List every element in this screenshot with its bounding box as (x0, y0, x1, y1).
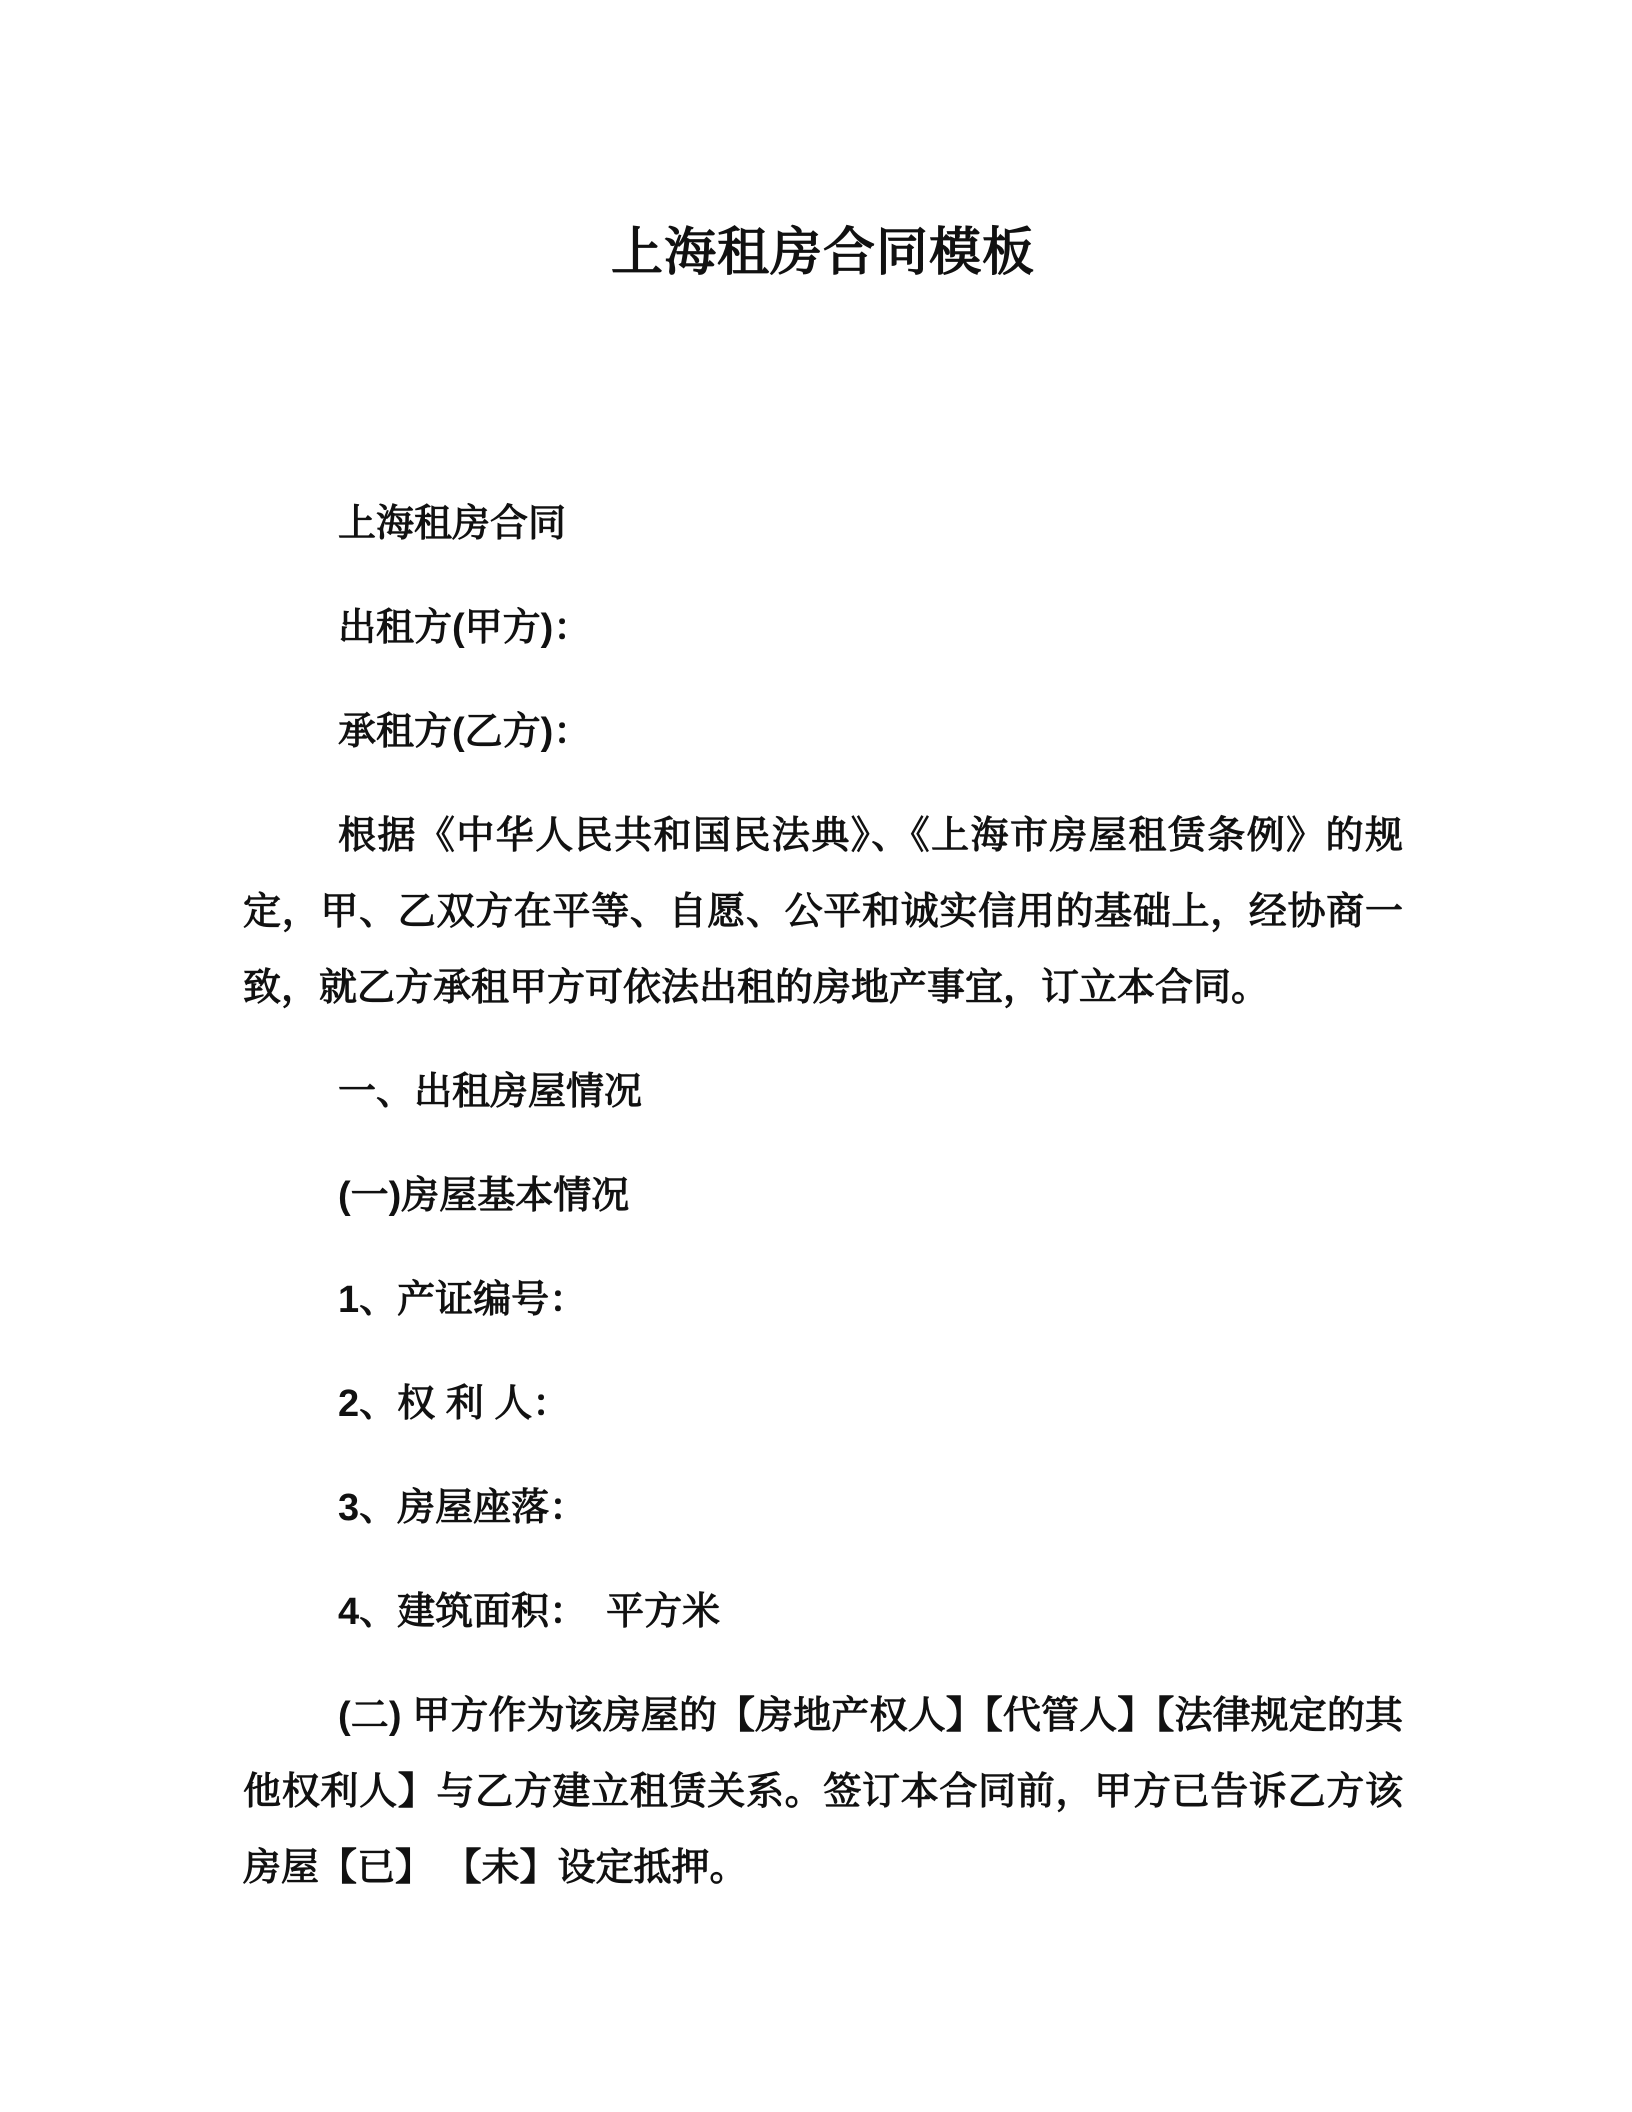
document-title: 上海租房合同模板 (243, 213, 1403, 293)
paragraph-lessor-party-a: 出租方(甲方)： (243, 590, 1403, 666)
paragraph-contract-title: 上海租房合同 (243, 486, 1403, 562)
paragraph-item-2-rights-holder: 2、权 利 人： (243, 1366, 1403, 1442)
paragraph-item-1-certificate-number: 1、产证编号： (243, 1262, 1403, 1338)
paragraph-section-1-heading: 一、出租房屋情况 (243, 1054, 1403, 1130)
paragraph-lessee-party-b: 承租方(乙方)： (243, 694, 1403, 770)
paragraph-item-3-house-location: 3、房屋座落： (243, 1470, 1403, 1546)
document-content: 上海租房合同模板 上海租房合同 出租方(甲方)： 承租方(乙方)： 根据《中华人… (0, 0, 1632, 2112)
paragraph-preamble: 根据《中华人民共和国民法典》、《上海市房屋租赁条例》的规定，甲、乙双方在平等、自… (243, 798, 1403, 1026)
document-page: 上海租房合同模板 上海租房合同 出租方(甲方)： 承租方(乙方)： 根据《中华人… (0, 0, 1632, 2112)
paragraph-item-4-building-area: 4、建筑面积： 平方米 (243, 1574, 1403, 1650)
paragraph-section-1-1-heading: (一)房屋基本情况 (243, 1158, 1403, 1234)
paragraph-section-1-2-mortgage-clause: (二) 甲方作为该房屋的【房地产权人】【代管人】【法律规定的其他权利人】与乙方建… (243, 1678, 1403, 1906)
